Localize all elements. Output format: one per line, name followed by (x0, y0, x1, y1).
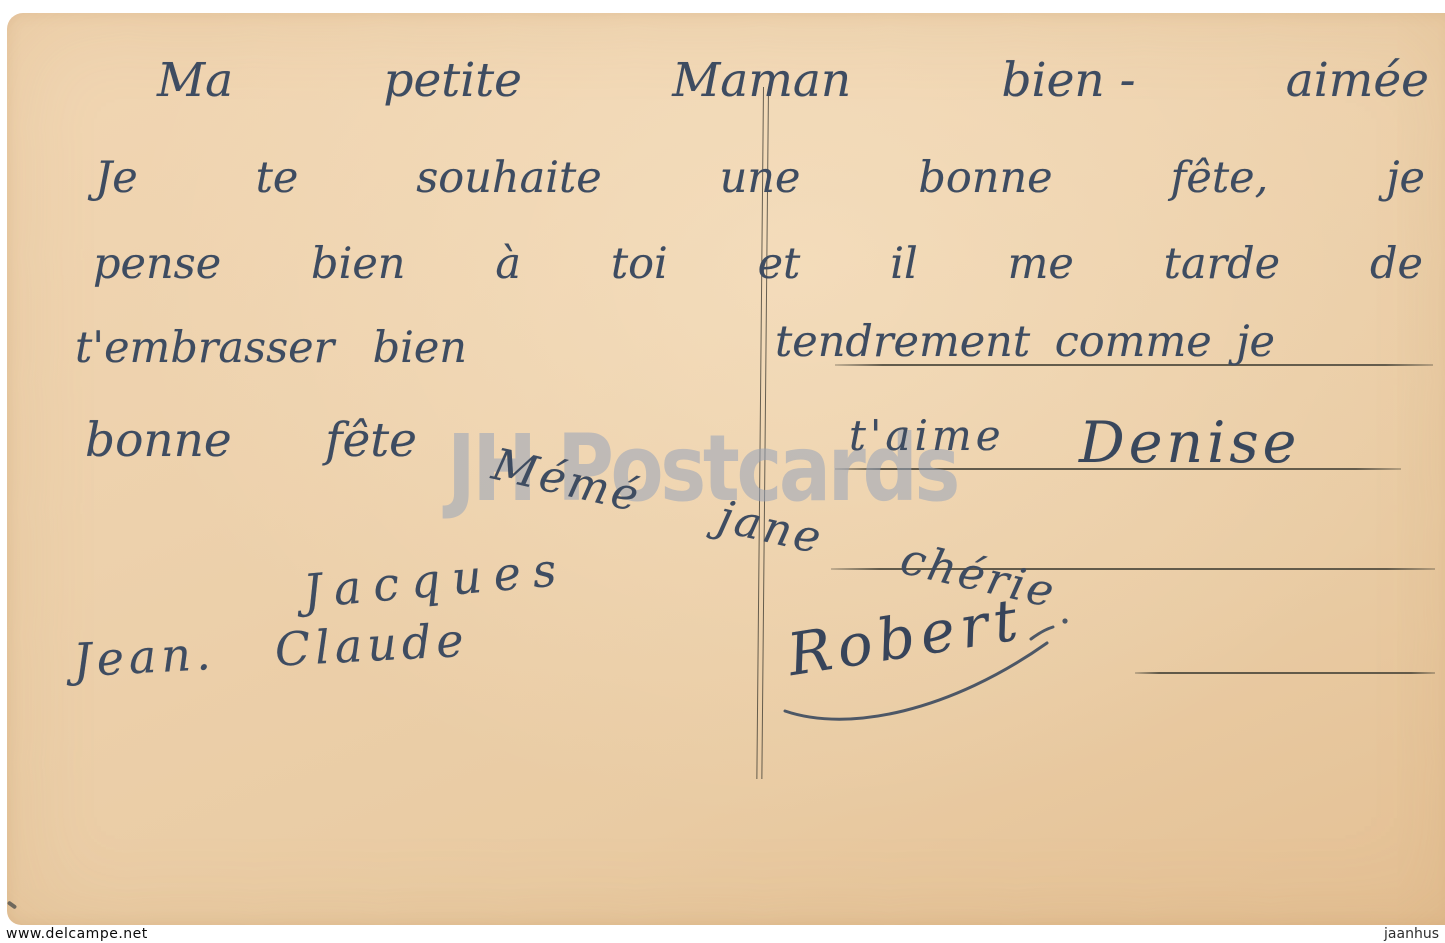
handwritten-word: tendrement (775, 317, 1030, 369)
signature-denise: Denise (1079, 409, 1300, 477)
handwritten-word: je (1386, 153, 1425, 205)
handwritten-word: bonne (918, 153, 1052, 205)
handwritten-word: je (1236, 317, 1275, 369)
message-line-3: pense bien à toi et il me tarde de (93, 239, 1423, 291)
handwritten-word: bien (373, 323, 467, 375)
handwritten-word: me (1008, 239, 1074, 291)
message-line-1: Ma petite Maman bien - aimée (157, 53, 1429, 109)
handwritten-word: souhaite (416, 153, 601, 205)
postcard: JH Postcards Ma petite Maman bien - aimé… (7, 13, 1445, 925)
handwritten-word: à (495, 239, 521, 291)
handwritten-word: et (758, 239, 801, 291)
message-line-2: Je te souhaite une bonne fête, je (95, 153, 1425, 205)
signature-jacques: Jacques (301, 542, 570, 620)
handwritten-word: Ma (157, 53, 233, 109)
handwritten-word: une (720, 153, 801, 205)
address-line-4 (1135, 672, 1435, 674)
handwritten-word: tarde (1164, 239, 1280, 291)
handwritten-word: bien (311, 239, 405, 291)
handwritten-word: Je (95, 153, 138, 205)
handwritten-word: fête (325, 413, 417, 469)
paper-speck (7, 900, 17, 909)
handwritten-word: aimée (1286, 53, 1429, 109)
signature-jean-claude: Jean. Claude (72, 613, 470, 689)
handwritten-word: de (1370, 239, 1423, 291)
message-line-4-right: tendrement comme je (775, 317, 1275, 369)
handwritten-word: te (256, 153, 299, 205)
handwritten-word: toi (611, 239, 668, 291)
handwritten-word: il (890, 239, 918, 291)
handwritten-word: t'embrasser (75, 323, 334, 375)
handwritten-word: pense (93, 239, 221, 291)
handwritten-word: petite (383, 53, 522, 109)
message-line-5-left: bonne fête (85, 413, 417, 469)
handwritten-word: bonne (85, 413, 232, 469)
handwritten-word: comme (1055, 317, 1212, 369)
delcampe-url: www.delcampe.net (6, 926, 148, 942)
message-line-5-right: t'aime (849, 411, 1005, 461)
handwritten-word: Maman (672, 53, 851, 109)
message-line-4-left: t'embrasser bien (75, 323, 467, 375)
handwritten-word: fête, (1171, 153, 1269, 205)
signature-flourish (779, 609, 1079, 729)
handwritten-word: bien - (1001, 53, 1135, 109)
scan-bottom-band: www.delcampe.net jaanhus (0, 925, 1445, 943)
seller-name: jaanhus (1384, 926, 1439, 942)
